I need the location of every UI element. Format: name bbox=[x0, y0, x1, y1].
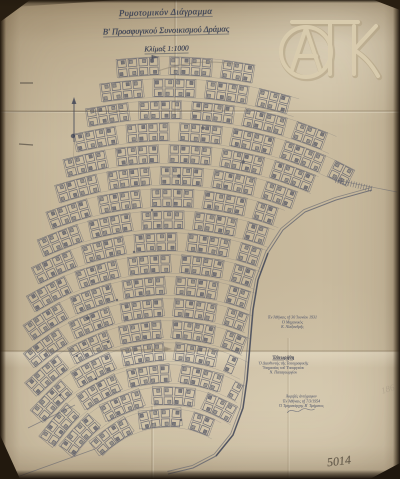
annotation-dated-signature: Ἐν Ἀθήναις τῇ 30 Ἰουνίου 1931 Ὁ Μηχανικὸ… bbox=[243, 315, 400, 342]
annotation-certified-copy: Ἀκριβὲς ἀντίγραφον Ἐν Ἀθήναις τῇ 7/3/195… bbox=[252, 394, 400, 435]
map-title-block: Ρυμοτομικόν Διάγραμμα Β' Προσφυγικού Συν… bbox=[85, 0, 246, 58]
scanned-map-sheet: Ρυμοτομικόν Διάγραμμα Β' Προσφυγικού Συν… bbox=[0, 0, 400, 479]
map-scale-note: Κλίμαξ 1:1000 bbox=[144, 43, 189, 54]
signature-scribble-icon bbox=[278, 408, 325, 415]
annotation-approval-stamp: Ἐθεωρήθη Ὁ Διευθυντὴς τῆς Τοπογραφικῆς Ὑ… bbox=[234, 355, 400, 393]
annotation-line: Ν. Παπαγεωργίου bbox=[234, 370, 333, 375]
archive-number: 5014 bbox=[326, 453, 352, 471]
annotation-line: Ὁ Τμηματάρχης Β΄ Τμήματος bbox=[252, 403, 351, 408]
annotation-line: Κ. Ἀλεξανδρῆς bbox=[243, 324, 342, 329]
map-title-line1: Ρυμοτομικόν Διάγραμμα bbox=[119, 6, 213, 19]
map-title-line2: Β' Προσφυγικού Συνοικισμού Δράμας bbox=[103, 23, 230, 37]
